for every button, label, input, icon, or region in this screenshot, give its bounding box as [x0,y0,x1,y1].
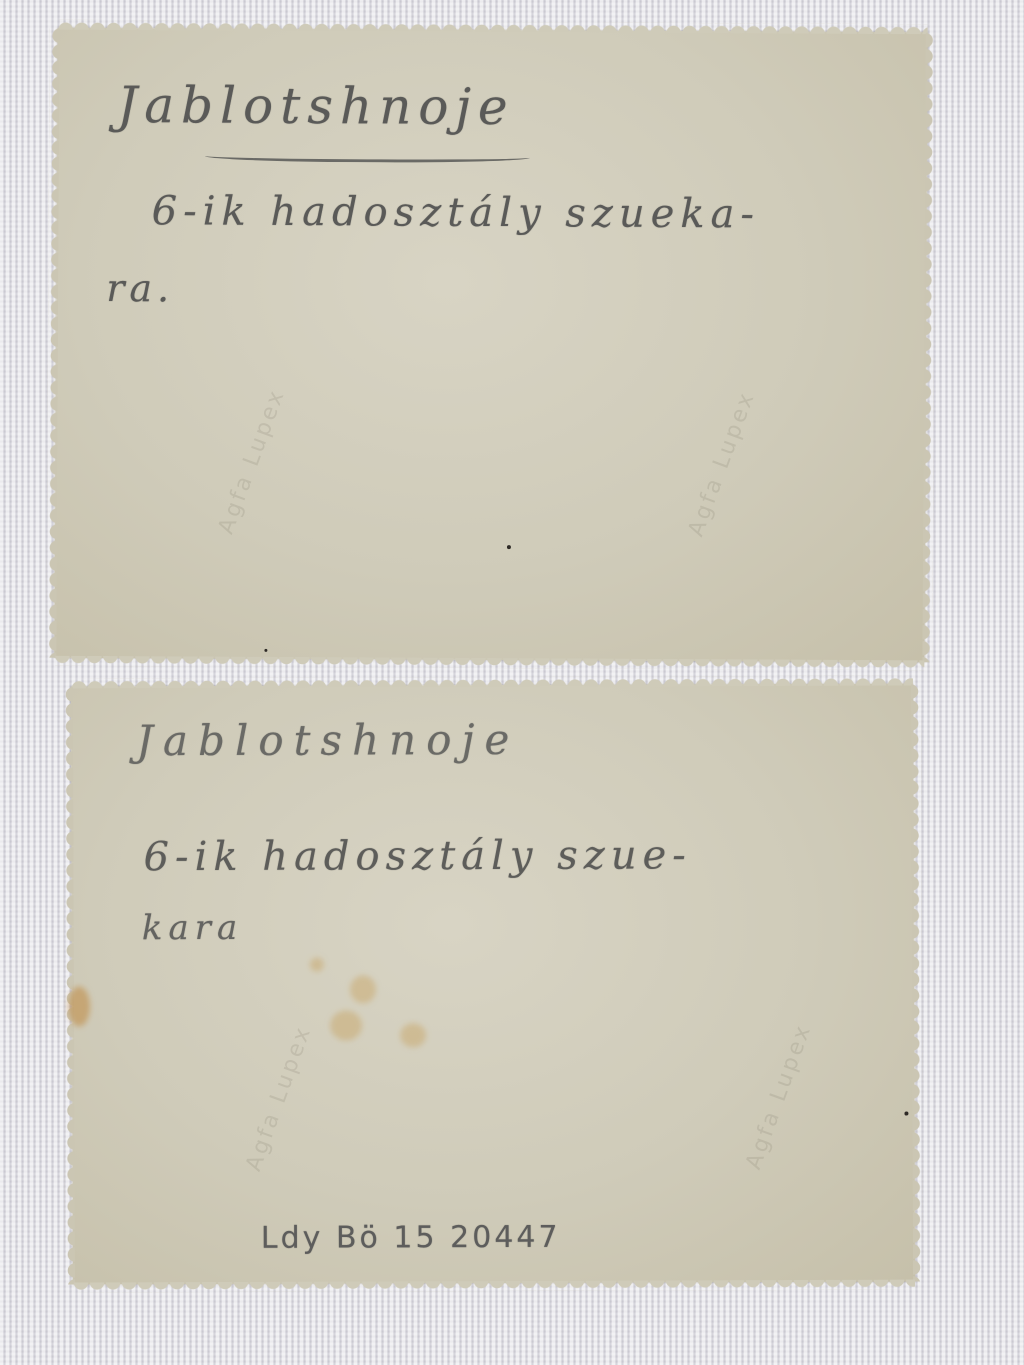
foxing-stain [330,1010,362,1040]
title-underline [205,150,530,163]
foxing-stain [310,958,324,972]
deckled-edge-right [922,32,935,662]
deckled-edge-left [63,686,75,1284]
paper-stamp-mark: Agfa Lupex [741,1020,816,1173]
paper-stamp-mark: Agfa Lupex [241,1022,316,1175]
foxing-stain [350,975,376,1003]
inscription-line-2: ra. [106,266,174,310]
inscription-line-1: 6-ik hadosztály szueka- [152,188,761,237]
inscription-line-2: kara [142,908,244,948]
speck [904,1112,908,1116]
foxing-stain [400,1023,426,1047]
deckled-edge-right [911,684,923,1282]
speck [264,649,267,652]
paper-stamp-mark: Agfa Lupex [214,385,291,537]
speck [507,545,511,549]
place-name-title: Jablotshnoje [136,715,519,765]
rust-stain [68,986,90,1026]
photo-back-top: Agfa Lupex Agfa Lupex Jablotshnoje 6-ik … [54,28,927,663]
archive-inventory-number: Ldy Bö 15 20447 [261,1220,561,1256]
paper-stamp-mark: Agfa Lupex [684,388,761,540]
deckled-edge-left [46,28,59,658]
inscription-line-1: 6-ik hadosztály szue- [143,832,691,880]
place-name-title: Jablotshnoje [117,76,515,136]
photo-back-bottom: Agfa Lupex Agfa Lupex Jablotshnoje 6-ik … [71,684,915,1285]
